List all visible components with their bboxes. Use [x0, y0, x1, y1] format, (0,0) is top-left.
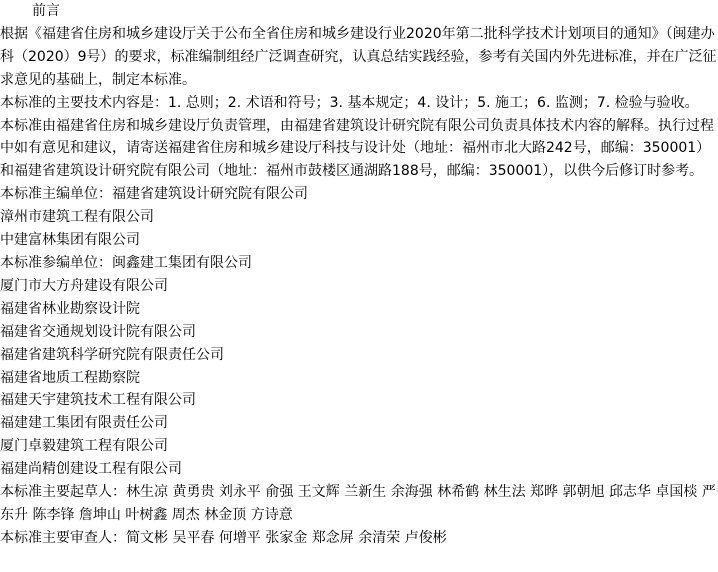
document-page: 前言 根据《福建省住房和城乡建设厅关于公布全省住房和城乡建设行业2020年第二批… [0, 0, 718, 572]
paragraph-participating-unit-7: 福建天宇建筑技术工程有限公司 [0, 389, 718, 412]
document-title: 前言 [0, 0, 718, 23]
paragraph-participating-unit-8: 福建建工集团有限责任公司 [0, 412, 718, 435]
paragraph-chief-editing-unit: 本标准主编单位：福建省建筑设计研究院有限公司 [0, 183, 718, 206]
paragraph-participating-unit-4: 福建省交通规划设计院有限公司 [0, 321, 718, 344]
paragraph-chief-editing-unit-2: 漳州市建筑工程有限公司 [0, 206, 718, 229]
paragraph-chief-editing-unit-3: 中建富林集团有限公司 [0, 229, 718, 252]
paragraph-participating-unit-2: 厦门市大方舟建设有限公司 [0, 275, 718, 298]
paragraph-participating-unit-5: 福建省建筑科学研究院有限责任公司 [0, 344, 718, 367]
paragraph-participating-unit-3: 福建省林业勘察设计院 [0, 298, 718, 321]
paragraph-participating-unit-9: 厦门卓毅建筑工程有限公司 [0, 435, 718, 458]
paragraph-main-drafters: 本标准主要起草人：林生凉 黄勇贵 刘永平 俞强 王文辉 兰新生 余海强 林希鹤 … [0, 481, 718, 527]
paragraph-participating-unit-6: 福建省地质工程勘察院 [0, 367, 718, 390]
paragraph-basis: 根据《福建省住房和城乡建设厅关于公布全省住房和城乡建设行业2020年第二批科学技… [0, 23, 718, 92]
paragraph-management-and-feedback: 本标准由福建省住房和城乡建设厅负责管理，由福建省建筑设计研究院有限公司负责具体技… [0, 115, 718, 184]
paragraph-participating-unit-10: 福建尚精创建设工程有限公司 [0, 458, 718, 481]
paragraph-participating-unit: 本标准参编单位：闽鑫建工集团有限公司 [0, 252, 718, 275]
paragraph-main-reviewers: 本标准主要审查人：简文彬 吴平春 何增平 张家金 郑念屏 余清荣 卢俊彬 [0, 527, 718, 550]
paragraph-technical-contents: 本标准的主要技术内容是：1. 总则；2. 术语和符号；3. 基本规定；4. 设计… [0, 92, 718, 115]
